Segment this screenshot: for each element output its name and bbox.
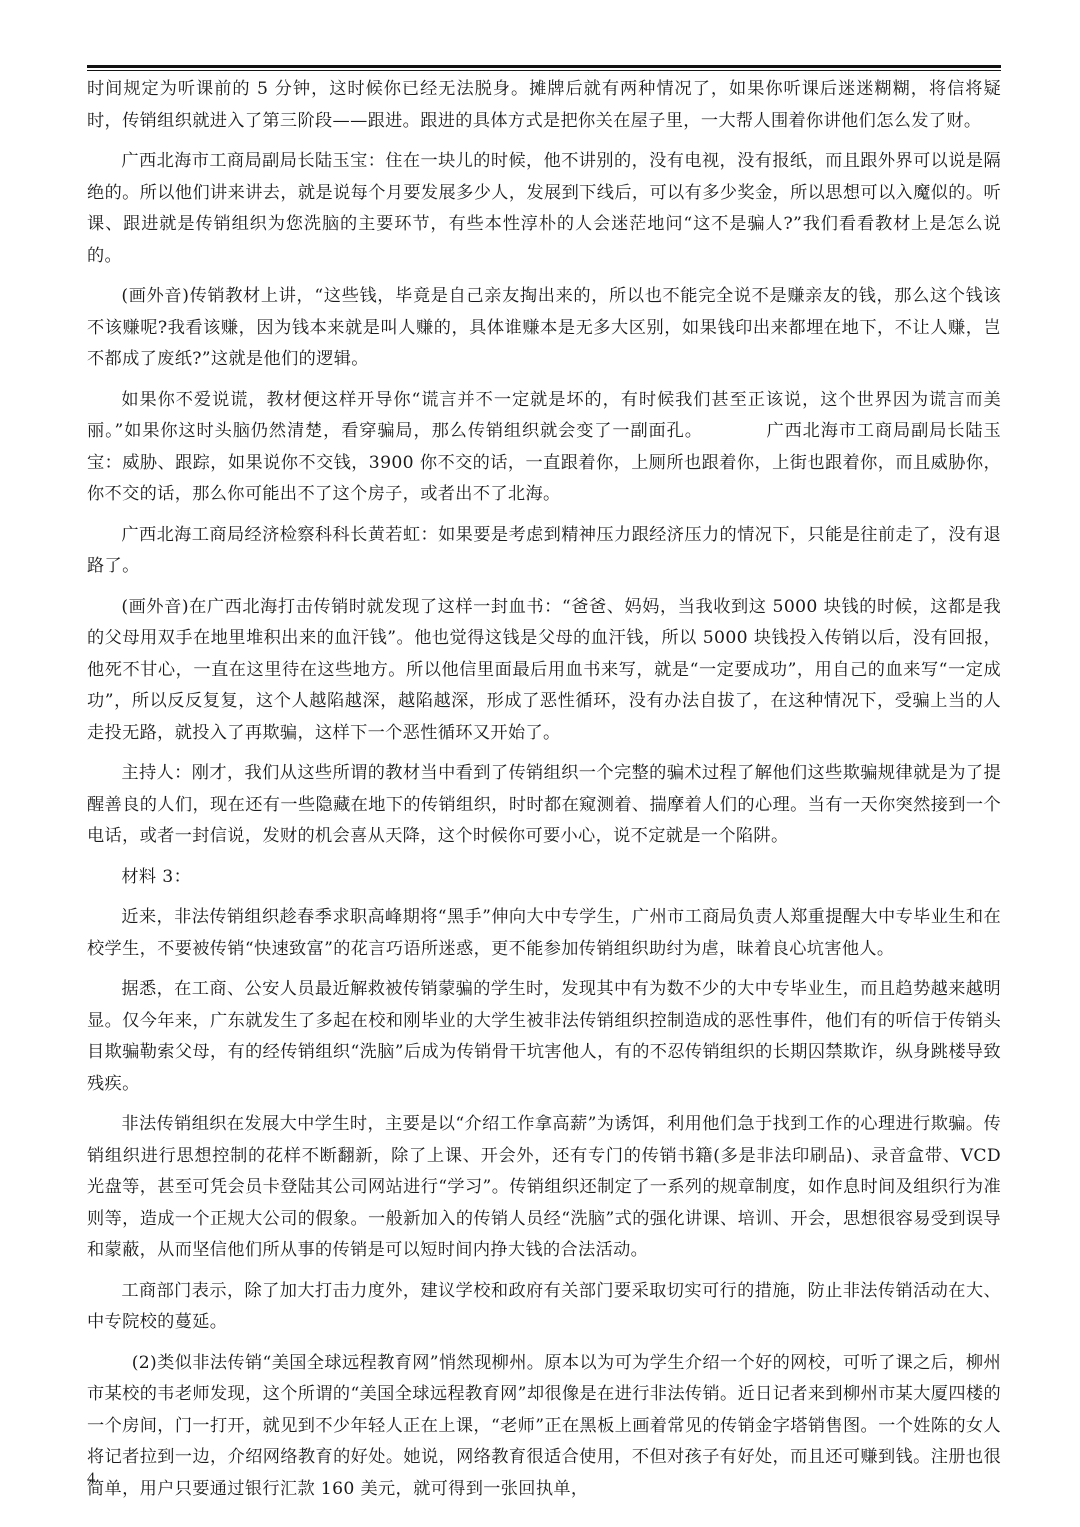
paragraph-continuation: 时间规定为听课前的 5 分钟，这时候你已经无法脱身。摊牌后就有两种情况了，如果你… xyxy=(87,74,1001,137)
paragraph-lu-yubao-isolation: 广西北海市工商局副局长陆玉宝：住在一块儿的时候，他不讲别的，没有电视，没有报纸，… xyxy=(87,146,1001,272)
paragraph-commerce-dept-advice: 工商部门表示，除了加大打击力度外，建议学校和政府有关部门要采取切实可行的措施，防… xyxy=(87,1276,1001,1339)
paragraph-guangzhou-warning: 近来，非法传销组织趁春季求职高峰期将“黑手”伸向大中专学生，广州市工商局负责人郑… xyxy=(87,902,1001,965)
body-text: 时间规定为听课前的 5 分钟，这时候你已经无法脱身。摊牌后就有两种情况了，如果你… xyxy=(87,74,1001,1514)
paragraph-lies-threats: 如果你不爱说谎，教材便这样开导你“谎言并不一定就是坏的，有时候我们甚至正该说，这… xyxy=(87,385,1001,511)
paragraph-liuzhou-case: (2)类似非法传销“美国全球远程教育网”悄然现柳州。原本以为可为学生介绍一个好的… xyxy=(87,1348,1001,1506)
header-rule-thick xyxy=(87,65,1001,68)
paragraph-blood-letter: (画外音)在广西北海打击传销时就发现了这样一封血书：“爸爸、妈妈，当我收到这 5… xyxy=(87,592,1001,750)
paragraph-host-summary: 主持人：刚才，我们从这些所谓的教材当中看到了传销组织一个完整的骗术过程了解他们这… xyxy=(87,758,1001,853)
header-rule-thin xyxy=(87,70,1001,71)
paragraph-students-rescued: 据悉，在工商、公安人员最近解救被传销蒙骗的学生时，发现其中有为数不少的大中专毕业… xyxy=(87,974,1001,1100)
paragraph-recruitment-methods: 非法传销组织在发展大中学生时，主要是以“介绍工作拿高薪”为诱饵，利用他们急于找到… xyxy=(87,1109,1001,1267)
header-double-rule xyxy=(87,65,1001,72)
material-3-heading: 材料 3： xyxy=(87,862,1001,894)
paragraph-huang-ruohong: 广西北海工商局经济检察科科长黄若虹：如果要是考虑到精神压力跟经济压力的情况下，只… xyxy=(87,520,1001,583)
page-number: 4 xyxy=(87,1470,95,1488)
paragraph-voiceover-textbook: (画外音)传销教材上讲，“这些钱，毕竟是自己亲友掏出来的，所以也不能完全说不是赚… xyxy=(87,281,1001,376)
